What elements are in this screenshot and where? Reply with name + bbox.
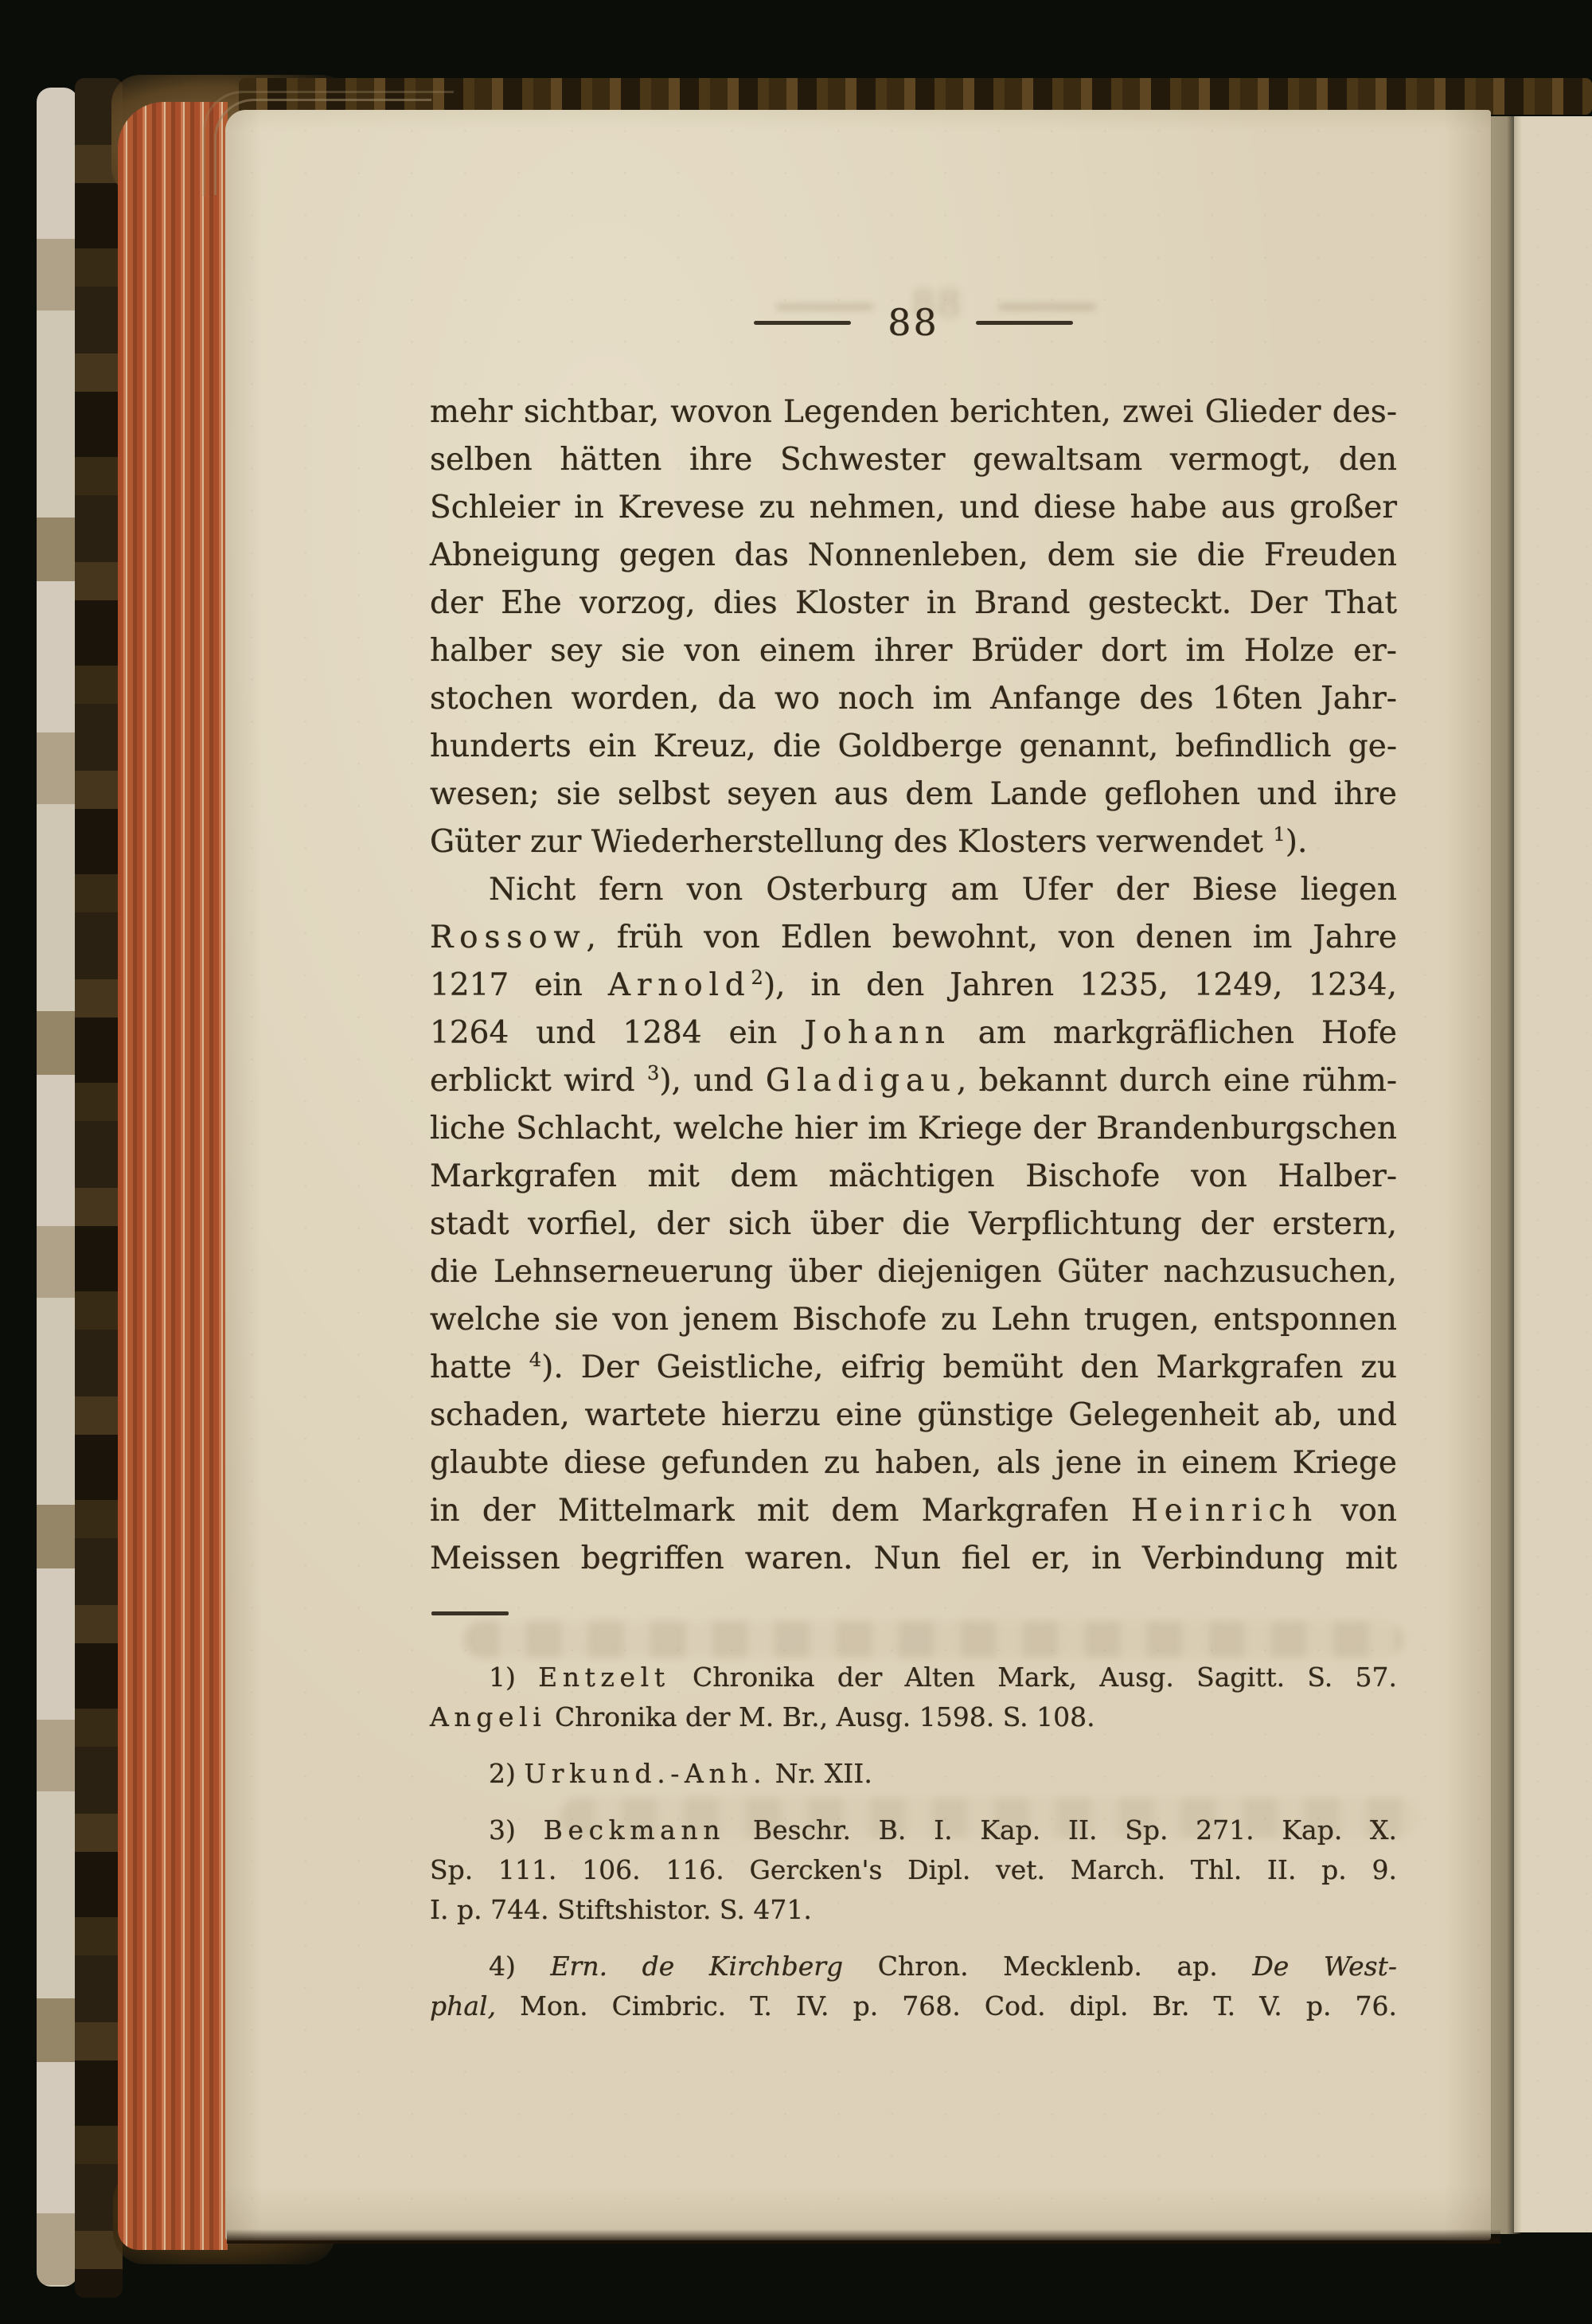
text-line: erblickt wird 3), und Gladigau, bekannt … <box>430 1057 1397 1105</box>
text-segment: 1264 und 1284 ein <box>430 1015 804 1051</box>
text-line: mehr sichtbar, wovon Legenden berichten,… <box>430 389 1397 436</box>
text-line: 1264 und 1284 ein Johann am markgräflich… <box>430 1010 1397 1057</box>
text-segment: Meissen begriffen waren. Nun fiel er, in… <box>430 1541 1397 1576</box>
text-segment: , bekannt durch eine rühm- <box>957 1063 1397 1099</box>
text-line: hatte 4). Der Geistliche, eifrig bemüht … <box>430 1344 1397 1392</box>
header-dash-right <box>976 321 1073 325</box>
text-line: Markgrafen mit dem mächtigen Bischofe vo… <box>430 1153 1397 1201</box>
text-segment: 2) <box>489 1758 524 1789</box>
text-line: welche sie von jenem Bischofe zu Lehn tr… <box>430 1296 1397 1344</box>
text-segment: in der Mittelmark mit dem Markgrafen <box>430 1493 1131 1529</box>
text-segment: liche Schlacht, welche hier im Kriege de… <box>430 1111 1397 1146</box>
text-segment: 4) <box>489 1951 550 1982</box>
text-segment: Schleier in Krevese zu nehmen, und diese… <box>430 490 1397 525</box>
text-segment: Rossow <box>430 920 587 955</box>
text-segment: Ern. de Kirchberg <box>550 1951 843 1982</box>
text-line: die Lehnserneuerung über diejenigen Güte… <box>430 1248 1397 1296</box>
text-line: schaden, wartete hierzu eine günstige Ge… <box>430 1392 1397 1439</box>
text-segment: selben hätten ihre Schwester gewaltsam v… <box>430 442 1397 478</box>
adjacent-page-edge <box>1514 116 1592 2232</box>
text-segment: Chron. Mecklenb. ap. <box>843 1951 1252 1982</box>
text-line: phal, Mon. Cimbric. T. IV. p. 768. Cod. … <box>430 1986 1397 2026</box>
text-line: 4) Ern. de Kirchberg Chron. Mecklenb. ap… <box>430 1947 1397 1986</box>
text-segment: Urkund.-Anh. <box>524 1758 767 1789</box>
text-line: stadt vorfiel, der sich über die Verpfli… <box>430 1201 1397 1248</box>
text-line: Rossow, früh von Edlen bewohnt, von dene… <box>430 914 1397 962</box>
text-segment: Angeli <box>430 1701 546 1732</box>
text-line: Angeli Chronika der M. Br., Ausg. 1598. … <box>430 1697 1397 1737</box>
page-header: 88 <box>430 301 1397 344</box>
page-bottom-shadow <box>227 2229 1500 2244</box>
text-segment: Heinrich <box>1131 1493 1318 1529</box>
text-line: I. p. 744. Stiftshistor. S. 471. <box>430 1890 1397 1930</box>
footnotes-section: 1) Entzelt Chronika der Alten Mark, Ausg… <box>430 1658 1397 2043</box>
text-segment: Beckmann <box>544 1814 726 1846</box>
text-line: liche Schlacht, welche hier im Kriege de… <box>430 1105 1397 1153</box>
book-spine <box>75 78 123 2298</box>
text-segment: Entzelt <box>538 1662 670 1693</box>
text-segment: Mon. Cimbric. T. IV. p. 768. Cod. dipl. … <box>496 1990 1397 2021</box>
text-segment: halber sey sie von einem ihrer Brüder do… <box>430 633 1397 669</box>
text-segment: 3 <box>647 1062 659 1084</box>
footnote-block: 2) Urkund.-Anh. Nr. XII. <box>430 1754 1397 1794</box>
header-dash-left <box>754 321 851 325</box>
text-line: Nicht fern von Osterburg am Ufer der Bie… <box>430 866 1397 914</box>
text-line: Meissen begriffen waren. Nun fiel er, in… <box>430 1535 1397 1583</box>
text-segment: erblickt wird <box>430 1063 647 1099</box>
text-segment: I. p. 744. Stiftshistor. S. 471. <box>430 1894 812 1925</box>
text-segment: am markgräflichen Hofe <box>951 1015 1397 1051</box>
text-line: 3) Beckmann Beschr. B. I. Kap. II. Sp. 2… <box>430 1810 1397 1850</box>
text-line: wesen; sie selbst seyen aus dem Lande ge… <box>430 771 1397 818</box>
page-stack-arc <box>203 91 454 197</box>
body-text: mehr sichtbar, wovon Legenden berichten,… <box>430 389 1397 1583</box>
text-line: Abneigung gegen das Nonnenleben, dem sie… <box>430 532 1397 580</box>
text-segment: 2 <box>751 967 763 989</box>
text-segment: stadt vorfiel, der sich über die Verpfli… <box>430 1206 1397 1242</box>
text-segment: Gladigau <box>766 1063 957 1099</box>
text-segment: Arnold <box>608 967 751 1003</box>
text-segment: Güter zur Wiederherstellung des Klosters… <box>430 824 1273 860</box>
footnote-block: 1) Entzelt Chronika der Alten Mark, Ausg… <box>430 1658 1397 1737</box>
text-segment: , früh von Edlen bewohnt, von denen im J… <box>587 920 1397 955</box>
scan-background: 88 mehr sichtbar, wovon Legenden bericht… <box>0 0 1592 2324</box>
text-segment: phal, <box>430 1990 496 2021</box>
ink-bleedthrough <box>464 1621 1403 1658</box>
page-fore-edges-red <box>118 102 228 2250</box>
text-segment: Markgrafen mit dem mächtigen Bischofe vo… <box>430 1158 1397 1194</box>
text-segment: die Lehnserneuerung über diejenigen Güte… <box>430 1254 1397 1290</box>
text-line: in der Mittelmark mit dem Markgrafen Hei… <box>430 1487 1397 1535</box>
text-segment: der Ehe vorzog, dies Kloster in Brand ge… <box>430 585 1397 621</box>
text-line: 1) Entzelt Chronika der Alten Mark, Ausg… <box>430 1658 1397 1697</box>
text-segment: 3) <box>489 1814 544 1846</box>
footnote-block: 3) Beckmann Beschr. B. I. Kap. II. Sp. 2… <box>430 1810 1397 1930</box>
text-segment: Johann <box>804 1015 951 1051</box>
text-segment: hatte <box>430 1349 529 1385</box>
page-number: 88 <box>888 301 939 344</box>
text-segment: schaden, wartete hierzu eine günstige Ge… <box>430 1397 1397 1433</box>
text-segment: ). Der Geistliche, eifrig bemüht den Mar… <box>541 1349 1397 1385</box>
text-segment: Sp. 111. 106. 116. Gercken's Dipl. vet. … <box>430 1854 1397 1885</box>
text-segment: ). <box>1286 824 1308 860</box>
text-segment: Beschr. B. I. Kap. II. Sp. 271. Kap. X. <box>725 1814 1397 1846</box>
text-line: selben hätten ihre Schwester gewaltsam v… <box>430 436 1397 484</box>
text-segment: De West- <box>1252 1951 1397 1982</box>
text-line: hunderts ein Kreuz, die Goldberge genann… <box>430 723 1397 771</box>
text-line: der Ehe vorzog, dies Kloster in Brand ge… <box>430 580 1397 627</box>
text-line: Güter zur Wiederherstellung des Klosters… <box>430 818 1397 866</box>
text-segment: Nr. XII. <box>767 1758 872 1789</box>
text-segment: glaubte diese gefunden zu haben, als jen… <box>430 1445 1397 1481</box>
footnote-block: 4) Ern. de Kirchberg Chron. Mecklenb. ap… <box>430 1947 1397 2026</box>
footnote-separator <box>431 1611 509 1615</box>
text-line: Sp. 111. 106. 116. Gercken's Dipl. vet. … <box>430 1850 1397 1890</box>
text-segment: ), in den Jahren 1235, 1249, 1234, <box>763 967 1397 1003</box>
text-segment: 4 <box>529 1349 541 1371</box>
text-line: 1217 ein Arnold2), in den Jahren 1235, 1… <box>430 962 1397 1010</box>
text-segment: Nicht fern von Osterburg am Ufer der Bie… <box>489 872 1397 908</box>
text-segment: 1217 ein <box>430 967 608 1003</box>
text-segment: mehr sichtbar, wovon Legenden berichten,… <box>430 394 1397 430</box>
text-segment: welche sie von jenem Bischofe zu Lehn tr… <box>430 1302 1397 1338</box>
text-segment: 1 <box>1273 823 1285 846</box>
text-segment: 1) <box>489 1662 538 1693</box>
text-segment: ), und <box>659 1063 766 1099</box>
text-segment: Chronika der M. Br., Ausg. 1598. S. 108. <box>546 1701 1094 1732</box>
book-page: 88 mehr sichtbar, wovon Legenden bericht… <box>225 110 1491 2240</box>
text-line: 2) Urkund.-Anh. Nr. XII. <box>430 1754 1397 1794</box>
text-segment: stochen worden, da wo noch im Anfange de… <box>430 681 1397 717</box>
text-line: glaubte diese gefunden zu haben, als jen… <box>430 1439 1397 1487</box>
text-line: Schleier in Krevese zu nehmen, und diese… <box>430 484 1397 532</box>
text-segment: hunderts ein Kreuz, die Goldberge genann… <box>430 728 1397 764</box>
text-segment: Chronika der Alten Mark, Ausg. Sagitt. S… <box>670 1662 1397 1693</box>
text-line: halber sey sie von einem ihrer Brüder do… <box>430 627 1397 675</box>
book-spine-paper-edge <box>37 88 78 2287</box>
text-segment: wesen; sie selbst seyen aus dem Lande ge… <box>430 776 1397 812</box>
text-line: stochen worden, da wo noch im Anfange de… <box>430 675 1397 723</box>
text-segment: Abneigung gegen das Nonnenleben, dem sie… <box>430 537 1397 573</box>
text-segment: von <box>1318 1493 1397 1529</box>
